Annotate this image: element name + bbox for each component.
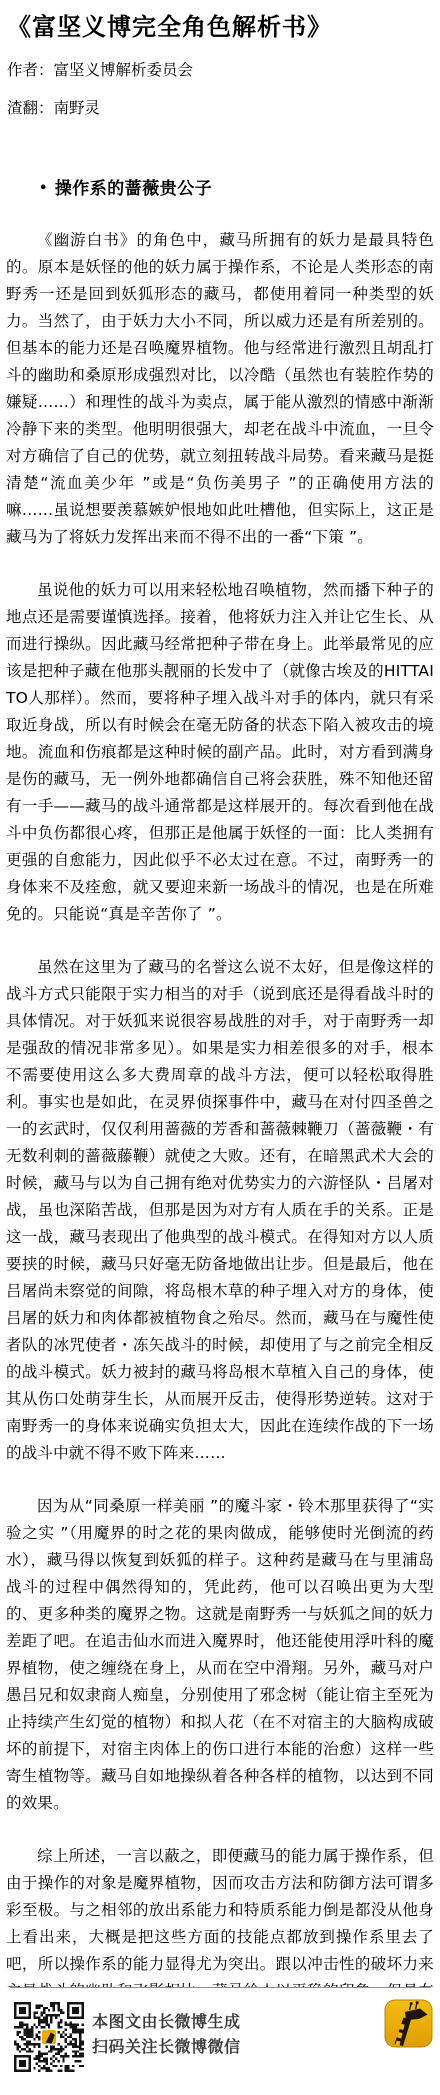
article-content: 《富坚义博完全角色解析书》 作者：富坚义博解析委员会 渣翻：南野灵 •操作系的蔷… bbox=[0, 0, 440, 1987]
giraffe-logo-icon bbox=[384, 1999, 433, 2048]
page-title: 《富坚义博完全角色解析书》 bbox=[7, 12, 434, 43]
paragraph: 《幽游白书》的角色中，藏马所拥有的妖力是最具特色的。原本是妖怪的他的妖力属于操作… bbox=[6, 227, 434, 551]
paragraph: 因为从“同桑原一样美丽 ”的魔斗家・铃木那里获得了“实验之实 ”（用魔界的时之花… bbox=[6, 1493, 434, 1817]
section-heading: •操作系的蔷薇贵公子 bbox=[39, 177, 434, 201]
paragraph: 综上所述，一言以蔽之，即便藏马的能力属于操作系，但由于操作的对象是魔界植物，因而… bbox=[6, 1843, 434, 1987]
author-line: 作者：富坚义博解析委员会 bbox=[7, 60, 434, 81]
footer: 本图文由长微博生成 扫码关注长微博微信 bbox=[0, 1987, 440, 2095]
paragraph: 虽说他的妖力可以用来轻松地召唤植物，然而播下种子的地点还是需要谨慎选择。接着，他… bbox=[6, 577, 434, 928]
footer-caption: 本图文由长微博生成 扫码关注长微博微信 bbox=[92, 2009, 241, 2059]
long-weibo-document: 《富坚义博完全角色解析书》 作者：富坚义博解析委员会 渣翻：南野灵 •操作系的蔷… bbox=[0, 0, 440, 2095]
footer-caption-line1: 本图文由长微博生成 bbox=[92, 2009, 241, 2034]
footer-divider bbox=[10, 1987, 431, 1988]
translator-line: 渣翻：南野灵 bbox=[7, 98, 434, 119]
footer-caption-line2: 扫码关注长微博微信 bbox=[92, 2034, 241, 2059]
qr-code-icon bbox=[14, 2002, 84, 2072]
paragraph: 虽然在这里为了藏马的名誉这么说不太好，但是像这样的战斗方式只能限于实力相当的对手… bbox=[6, 954, 434, 1467]
bullet-icon: • bbox=[39, 181, 48, 196]
section-heading-text: 操作系的蔷薇贵公子 bbox=[55, 179, 213, 199]
